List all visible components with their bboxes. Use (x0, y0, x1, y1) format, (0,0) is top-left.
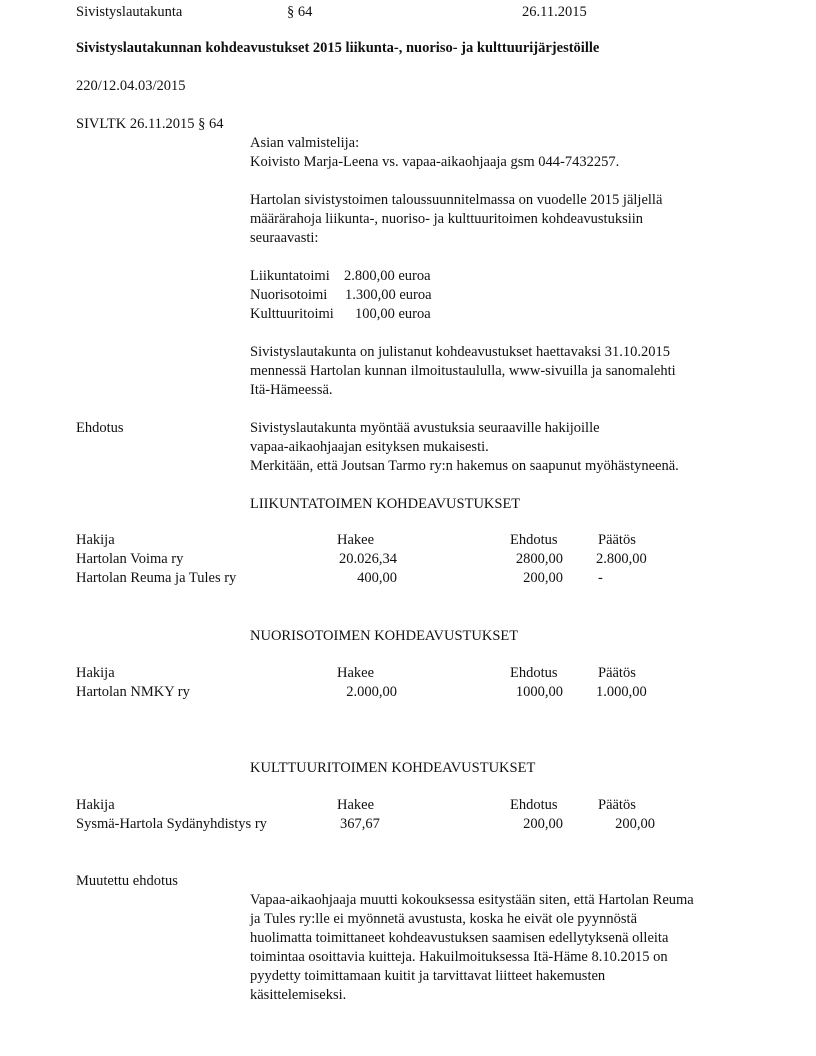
section-heading-youth: NUORISOTOIMEN KOHDEAVUSTUKSET (250, 627, 518, 646)
preparer-label: Asian valmistelija: (250, 134, 359, 153)
budget-amount: 2.800,00 euroa (344, 267, 431, 286)
budget-label: Nuorisotoimi (250, 286, 327, 305)
table-row-proposed: 1000,00 (480, 683, 563, 702)
proposal-label: Ehdotus (76, 419, 124, 438)
header-section: § 64 (287, 3, 312, 22)
table-row-decision: 200,00 (580, 815, 655, 834)
preparer-name: Koivisto Marja-Leena vs. vapaa-aikaohjaa… (250, 153, 619, 172)
table-row-applicant: Hartolan NMKY ry (76, 683, 190, 702)
table-row-proposed: 2800,00 (480, 550, 563, 569)
budget-label: Liikuntatoimi (250, 267, 330, 286)
header-body: Sivistyslautakunta (76, 3, 182, 22)
header-date: 26.11.2015 (522, 3, 587, 22)
column-header-requested: Hakee (337, 664, 374, 683)
column-header-applicant: Hakija (76, 664, 115, 683)
table-row-decision: - (598, 569, 603, 588)
amended-proposal-label: Muutettu ehdotus (76, 872, 178, 891)
column-header-requested: Hakee (337, 796, 374, 815)
amended-proposal-text: Vapaa-aikaohjaaja muutti kokouksessa esi… (250, 891, 770, 1005)
table-row-proposed: 200,00 (480, 815, 563, 834)
column-header-decision: Päätös (598, 796, 636, 815)
intro-paragraph: Hartolan sivistystoimen taloussuunnitelm… (250, 191, 770, 248)
table-row-requested: 367,67 (340, 815, 380, 834)
table-row-applicant: Hartolan Voima ry (76, 550, 183, 569)
column-header-proposed: Ehdotus (510, 664, 558, 683)
column-header-applicant: Hakija (76, 796, 115, 815)
table-row-applicant: Hartolan Reuma ja Tules ry (76, 569, 236, 588)
section-heading-culture: KULTTUURITOIMEN KOHDEAVUSTUKSET (250, 759, 535, 778)
table-row-proposed: 200,00 (480, 569, 563, 588)
column-header-decision: Päätös (598, 531, 636, 550)
budget-label: Kulttuuritoimi (250, 305, 334, 324)
meeting-reference: SIVLTK 26.11.2015 § 64 (76, 115, 224, 134)
table-row-requested: 2.000,00 (300, 683, 397, 702)
proposal-text: Sivistyslautakunta myöntää avustuksia se… (250, 419, 770, 476)
column-header-requested: Hakee (337, 531, 374, 550)
budget-amount: 1.300,00 euroa (345, 286, 432, 305)
table-row-applicant: Sysmä-Hartola Sydänyhdistys ry (76, 815, 267, 834)
budget-amount: 100,00 euroa (355, 305, 431, 324)
column-header-proposed: Ehdotus (510, 531, 558, 550)
table-row-decision: 1.000,00 (596, 683, 647, 702)
diary-number: 220/12.04.03/2015 (76, 77, 186, 96)
column-header-decision: Päätös (598, 664, 636, 683)
announcement-paragraph: Sivistyslautakunta on julistanut kohdeav… (250, 343, 770, 400)
section-heading-sports: LIIKUNTATOIMEN KOHDEAVUSTUKSET (250, 495, 520, 514)
column-header-applicant: Hakija (76, 531, 115, 550)
column-header-proposed: Ehdotus (510, 796, 558, 815)
table-row-decision: 2.800,00 (596, 550, 647, 569)
table-row-requested: 20.026,34 (300, 550, 397, 569)
table-row-requested: 400,00 (300, 569, 397, 588)
document-title: Sivistyslautakunnan kohdeavustukset 2015… (76, 39, 599, 58)
